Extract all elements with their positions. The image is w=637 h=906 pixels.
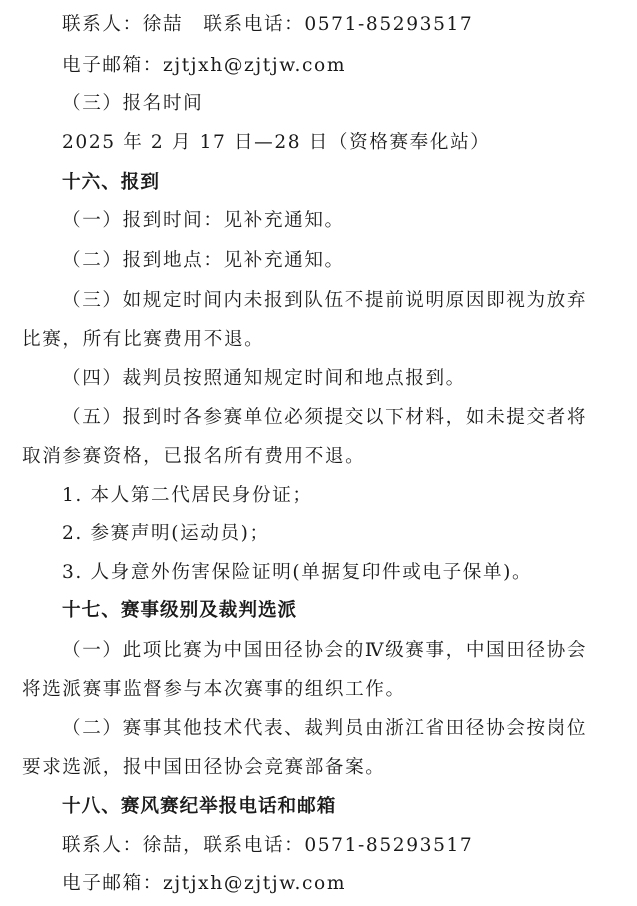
contact-person-line-1: 联系人：徐喆 联系电话：0571-85293517 [62,5,607,45]
section-16-heading: 十六、报到 [62,163,607,203]
material-item-3: 3. 人身意外伤害保险证明(单据复印件或电子保单)。 [62,553,607,593]
registration-time-subheading: （三）报名时间 [62,84,607,124]
materials-rule-line-2: 取消参赛资格，已报名所有费用不退。 [22,437,607,477]
check-in-location-line: （二）报到地点：见补充通知。 [62,241,607,281]
material-item-1: 1. 本人第二代居民身份证； [62,476,607,516]
absence-rule-line-2: 比赛，所有比赛费用不退。 [22,320,607,360]
section-18-heading: 十八、赛风赛纪举报电话和邮箱 [62,787,607,827]
referee-selection-line-2: 要求选派，报中国田径协会竞赛部备案。 [22,748,607,788]
email-line-1: 电子邮箱：zjtjxh@zjtjw.com [62,46,607,86]
document-page: 联系人：徐喆 联系电话：0571-85293517 电子邮箱：zjtjxh@zj… [0,0,637,906]
material-item-2: 2. 参赛声明(运动员)； [62,514,607,554]
referee-selection-line-1: （二）赛事其他技术代表、裁判员由浙江省田径协会按岗位 [62,709,607,749]
referee-check-in-line: （四）裁判员按照通知规定时间和地点报到。 [62,359,607,399]
materials-rule-line-1: （五）报到时各参赛单位必须提交以下材料，如未提交者将 [62,398,607,438]
check-in-time-line: （一）报到时间：见补充通知。 [62,201,607,241]
event-level-line-2: 将选派赛事监督参与本次赛事的组织工作。 [22,670,607,710]
section-17-heading: 十七、赛事级别及裁判选派 [62,591,607,631]
registration-date-line: 2025 年 2 月 17 日—28 日（资格赛奉化站） [62,123,607,163]
absence-rule-line-1: （三）如规定时间内未报到队伍不提前说明原因即视为放弃 [62,281,607,321]
email-line-2: 电子邮箱：zjtjxh@zjtjw.com [62,864,607,904]
contact-person-line-2: 联系人：徐喆，联系电话：0571-85293517 [62,826,607,866]
event-level-line-1: （一）此项比赛为中国田径协会的Ⅳ级赛事，中国田径协会 [62,631,607,671]
